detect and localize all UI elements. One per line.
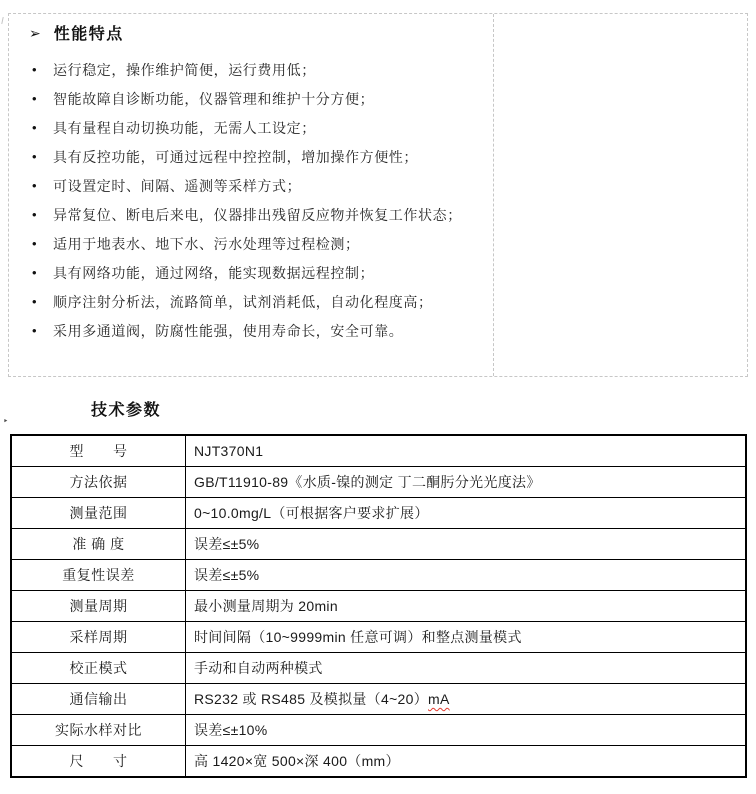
spec-value: RS232 或 RS485 及模拟量（4~20）mA: [186, 684, 747, 715]
spec-value: 0~10.0mg/L（可根据客户要求扩展）: [186, 498, 747, 529]
spec-value: 时间间隔（10~9999min 任意可调）和整点测量模式: [186, 622, 747, 653]
spec-row: 通信输出RS232 或 RS485 及模拟量（4~20）mA: [11, 684, 746, 715]
spec-value: 误差≤±5%: [186, 560, 747, 591]
spec-value: NJT370N1: [186, 435, 747, 467]
spec-label: 尺 寸: [11, 746, 186, 778]
spec-row: 重复性误差误差≤±5%: [11, 560, 746, 591]
spec-row: 方法依据GB/T11910-89《水质-镍的测定 丁二酮肟分光光度法》: [11, 467, 746, 498]
bullet-dot-icon: •: [32, 120, 46, 135]
features-box: ➢ 性能特点 •运行稳定，操作维护简便，运行费用低；•智能故障自诊断功能，仪器管…: [8, 13, 748, 377]
spec-value-text: 0~10.0mg/L（可根据客户要求扩展）: [194, 505, 429, 521]
feature-item: •智能故障自诊断功能，仪器管理和维护十分方便；: [9, 84, 493, 113]
bullet-dot-icon: •: [32, 207, 46, 222]
bullet-dot-icon: •: [32, 149, 46, 164]
spec-value-text: NJT370N1: [194, 443, 263, 459]
spec-row: 测量周期最小测量周期为 20min: [11, 591, 746, 622]
spec-value-text: 时间间隔（10~9999min 任意可调）和整点测量模式: [194, 629, 522, 645]
feature-item: •具有量程自动切换功能，无需人工设定；: [9, 113, 493, 142]
spec-value-text: 误差≤±5%: [194, 536, 259, 552]
spec-row: 校正模式手动和自动两种模式: [11, 653, 746, 684]
feature-item-text: 可设置定时、间隔、遥测等采样方式；: [53, 176, 301, 196]
spec-label: 校正模式: [11, 653, 186, 684]
bullet-dot-icon: •: [32, 236, 46, 251]
spec-value-text: 误差≤±10%: [194, 722, 268, 738]
spec-row: 测量范围0~10.0mg/L（可根据客户要求扩展）: [11, 498, 746, 529]
spec-label: 准 确 度: [11, 529, 186, 560]
spec-label: 重复性误差: [11, 560, 186, 591]
spec-label: 实际水样对比: [11, 715, 186, 746]
feature-item: •异常复位、断电后来电，仪器排出残留反应物并恢复工作状态；: [9, 200, 493, 229]
bullet-dot-icon: •: [32, 62, 46, 77]
spec-label: 测量范围: [11, 498, 186, 529]
spec-value: 误差≤±10%: [186, 715, 747, 746]
spec-value: GB/T11910-89《水质-镍的测定 丁二酮肟分光光度法》: [186, 467, 747, 498]
document-page: ➢ 性能特点 •运行稳定，操作维护简便，运行费用低；•智能故障自诊断功能，仪器管…: [0, 0, 756, 794]
spec-value-text: 高 1420×宽 500×深 400（mm）: [194, 753, 400, 769]
spec-label: 通信输出: [11, 684, 186, 715]
features-title-row: ➢ 性能特点: [29, 22, 493, 43]
spec-value-text: 最小测量周期为 20min: [194, 598, 338, 614]
feature-item: •具有反控功能，可通过远程中控控制，增加操作方便性；: [9, 142, 493, 171]
spec-label: 采样周期: [11, 622, 186, 653]
feature-item-text: 运行稳定，操作维护简便，运行费用低；: [53, 60, 316, 80]
spec-row: 准 确 度误差≤±5%: [11, 529, 746, 560]
bullet-dot-icon: •: [32, 265, 46, 280]
bullet-dot-icon: •: [32, 178, 46, 193]
object-anchor-icon: ‣: [3, 417, 8, 426]
bullet-dot-icon: •: [32, 294, 46, 309]
spec-label: 测量周期: [11, 591, 186, 622]
specs-table: 型 号NJT370N1方法依据GB/T11910-89《水质-镍的测定 丁二酮肟…: [10, 434, 747, 778]
spec-value-suffix-spellchecked: mA: [428, 691, 450, 707]
features-title: 性能特点: [54, 21, 124, 44]
spec-row: 实际水样对比误差≤±10%: [11, 715, 746, 746]
spec-label: 方法依据: [11, 467, 186, 498]
feature-item: •适用于地表水、地下水、污水处理等过程检测；: [9, 229, 493, 258]
feature-item-text: 智能故障自诊断功能，仪器管理和维护十分方便；: [53, 89, 374, 109]
bullet-dot-icon: •: [32, 323, 46, 338]
specs-title: 技术参数: [91, 397, 161, 420]
feature-item: •采用多通道阀，防腐性能强，使用寿命长，安全可靠。: [9, 316, 493, 345]
feature-item: •具有网络功能，通过网络，能实现数据远程控制；: [9, 258, 493, 287]
spec-value-text: RS232 或 RS485 及模拟量（4~20）: [194, 691, 428, 707]
spec-row: 采样周期时间间隔（10~9999min 任意可调）和整点测量模式: [11, 622, 746, 653]
feature-item-text: 顺序注射分析法，流路简单，试剂消耗低，自动化程度高；: [53, 292, 433, 312]
edit-mark-icon: [1, 17, 3, 24]
spec-value-text: 手动和自动两种模式: [194, 660, 323, 676]
feature-item-text: 适用于地表水、地下水、污水处理等过程检测；: [53, 234, 360, 254]
table-column-divider: [493, 14, 494, 376]
feature-item-text: 采用多通道阀，防腐性能强，使用寿命长，安全可靠。: [53, 321, 403, 341]
feature-item: •顺序注射分析法，流路简单，试剂消耗低，自动化程度高；: [9, 287, 493, 316]
spec-value: 高 1420×宽 500×深 400（mm）: [186, 746, 747, 778]
spec-row: 尺 寸高 1420×宽 500×深 400（mm）: [11, 746, 746, 778]
feature-item-text: 异常复位、断电后来电，仪器排出残留反应物并恢复工作状态；: [53, 205, 462, 225]
feature-item: •可设置定时、间隔、遥测等采样方式；: [9, 171, 493, 200]
spec-value-text: GB/T11910-89《水质-镍的测定 丁二酮肟分光光度法》: [194, 474, 541, 490]
feature-item-text: 具有量程自动切换功能，无需人工设定；: [53, 118, 316, 138]
spec-value-text: 误差≤±5%: [194, 567, 259, 583]
features-list: •运行稳定，操作维护简便，运行费用低；•智能故障自诊断功能，仪器管理和维护十分方…: [9, 55, 493, 345]
spec-value: 手动和自动两种模式: [186, 653, 747, 684]
bullet-dot-icon: •: [32, 91, 46, 106]
features-content: ➢ 性能特点 •运行稳定，操作维护简便，运行费用低；•智能故障自诊断功能，仪器管…: [9, 14, 493, 345]
feature-item-text: 具有网络功能，通过网络，能实现数据远程控制；: [53, 263, 374, 283]
spec-label: 型 号: [11, 435, 186, 467]
arrow-bullet-icon: ➢: [29, 26, 41, 40]
feature-item: •运行稳定，操作维护简便，运行费用低；: [9, 55, 493, 84]
spec-row: 型 号NJT370N1: [11, 435, 746, 467]
feature-item-text: 具有反控功能，可通过远程中控控制，增加操作方便性；: [53, 147, 418, 167]
spec-value: 误差≤±5%: [186, 529, 747, 560]
spec-value: 最小测量周期为 20min: [186, 591, 747, 622]
